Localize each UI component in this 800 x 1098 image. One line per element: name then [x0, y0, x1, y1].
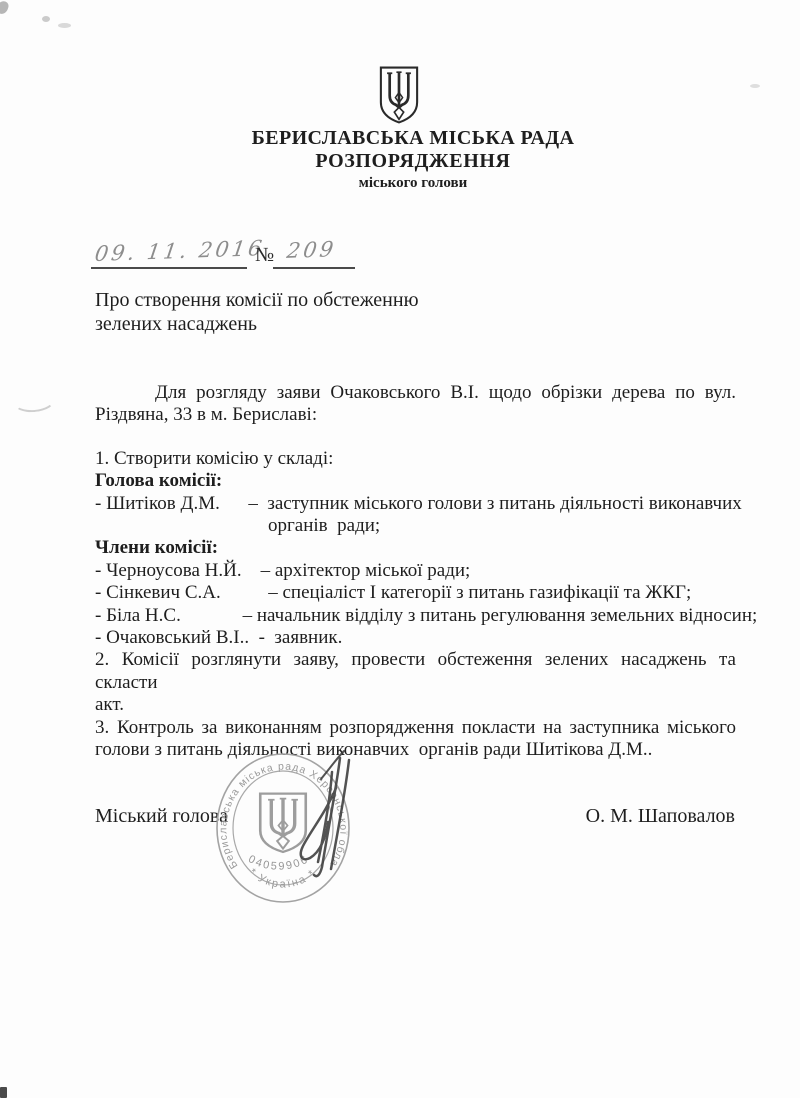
ukraine-trident-emblem-icon — [378, 66, 420, 124]
subject-line: Про створення комісії по обстеженню — [95, 289, 419, 313]
official-stamp-and-signature: Бериславська міська рада Херсонської обл… — [208, 736, 418, 926]
list-item-1: 1. Створити комісію у складі: — [95, 448, 736, 470]
number-sign: № — [255, 244, 274, 267]
handwritten-date: 09. 11. 2016 — [93, 236, 266, 266]
organization-name: БЕРИСЛАВСЬКА МІСЬКА РАДА — [113, 127, 713, 149]
issuer-subtitle: міського голови — [113, 175, 713, 192]
committee-member-row: - Сінкевич С.А. – спеціаліст І категорії… — [95, 582, 736, 604]
document-type-title: РОЗПОРЯДЖЕННЯ — [113, 150, 713, 172]
committee-head-label: Голова комісії: — [95, 470, 736, 492]
committee-member-row: - Черноусова Н.Й. – архітектор міської р… — [95, 560, 736, 582]
date-number-block: 09. 11. 2016 № 209 — [95, 238, 415, 278]
scan-artifact-spot — [42, 16, 50, 22]
committee-member-row: - Біла Н.С. – начальник відділу з питань… — [95, 605, 736, 627]
list-item-2-line: 2. Комісії розглянути заяву, провести об… — [95, 649, 736, 694]
committee-members-label: Члени комісії: — [95, 537, 736, 559]
date-underline — [91, 267, 247, 269]
committee-head-line-wrap: органів ради; — [95, 515, 736, 537]
scan-artifact-smudge — [12, 388, 56, 414]
list-item-2-line: акт. — [95, 694, 736, 716]
body-paragraph-line: Для розгляду заяви Очаковського В.І. щод… — [95, 382, 736, 404]
stamp-trident-icon — [260, 794, 306, 852]
handwritten-number: 209 — [285, 237, 337, 263]
signer-name: О. М. Шаповалов — [586, 805, 735, 828]
round-stamp: Бериславська міська рада Херсонської обл… — [208, 736, 349, 902]
scan-artifact-corner-mark — [0, 1087, 7, 1098]
number-underline — [273, 267, 355, 269]
scan-artifact-spot — [0, 0, 10, 15]
committee-head-line: - Шитіков Д.М. – заступник міського голо… — [95, 493, 736, 515]
scan-artifact-spot — [750, 84, 760, 88]
subject-block: Про створення комісії по обстеженню зеле… — [95, 289, 419, 336]
committee-member-row: - Очаковський В.І.. - заявник. — [95, 627, 736, 649]
scanned-document-page: { "icons": { "emblem": "ukraine-trident"… — [0, 0, 800, 1098]
scan-artifact-spot — [58, 23, 71, 28]
document-body: Для розгляду заяви Очаковського В.І. щод… — [95, 382, 736, 762]
body-paragraph-line: Різдвяна, 33 в м. Бериславі: — [95, 404, 736, 426]
paragraph-gap — [95, 427, 736, 448]
document-header: БЕРИСЛАВСЬКА МІСЬКА РАДА РОЗПОРЯДЖЕННЯ м… — [113, 66, 713, 192]
subject-line: зелених насаджень — [95, 313, 419, 337]
